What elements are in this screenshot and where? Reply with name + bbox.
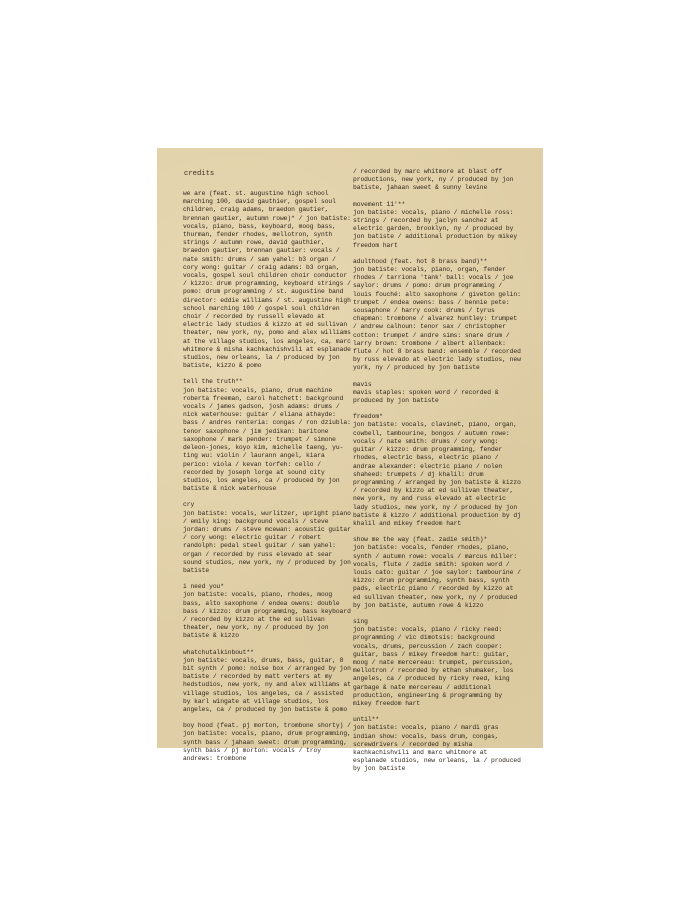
left-column: we are (feat. st. augustine high school … (183, 190, 351, 771)
track-title: cry (183, 501, 351, 509)
right-column: / recorded by marc whitmore at blast off… (353, 168, 521, 782)
credit-entry: movement 11'** jon batiste: vocals, pian… (353, 201, 521, 250)
credits-sheet: credits we are (feat. st. augustine high… (157, 148, 543, 748)
track-title: sing (353, 618, 521, 626)
track-credits: jon batiste: vocals, piano, rhodes, moog… (183, 591, 351, 640)
track-title: tell the truth** (183, 378, 351, 386)
track-title: whatchutalkinbout** (183, 649, 351, 657)
credit-entry: until** jon batiste: vocals, piano / mar… (353, 716, 521, 773)
track-credits: jon batiste: vocals, wurlitzer, upright … (183, 510, 351, 576)
track-title: mavis (353, 381, 521, 389)
track-credits: jon batiste: vocals, piano / michelle ro… (353, 209, 521, 250)
track-credits: jon batiste: vocals, drums, bass, guitar… (183, 657, 351, 714)
credit-entry: show me the way (feat. zadie smith)* jon… (353, 536, 521, 610)
page-title: credits (184, 170, 214, 178)
track-credits: / recorded by marc whitmore at blast off… (353, 168, 521, 193)
track-credits: jon batiste: vocals, piano / mardi gras … (353, 724, 521, 773)
track-title: until** (353, 716, 521, 724)
track-title: freedom* (353, 413, 521, 421)
track-credits: jon batiste: vocals, piano, drum machine… (183, 387, 351, 494)
track-title: adulthood (feat. hot 8 brass band)** (353, 258, 521, 266)
credit-entry: sing jon batiste: vocals, piano / ricky … (353, 618, 521, 708)
credit-entry: i need you* jon batiste: vocals, piano, … (183, 583, 351, 640)
credit-entry: boy hood (feat. pj morton, trombone shor… (183, 722, 351, 763)
track-title: i need you* (183, 583, 351, 591)
credit-entry: we are (feat. st. augustine high school … (183, 190, 351, 370)
track-credits: jon batiste: vocals, piano / ricky reed:… (353, 626, 521, 708)
credit-entry: freedom* jon batiste: vocals, clavinet, … (353, 413, 521, 528)
track-credits: jon batiste: vocals, piano, organ, fende… (353, 266, 521, 373)
credit-entry: / recorded by marc whitmore at blast off… (353, 168, 521, 193)
track-credits: mavis staples: spoken word / recorded & … (353, 389, 521, 405)
track-title: movement 11'** (353, 201, 521, 209)
track-title: show me the way (feat. zadie smith)* (353, 536, 521, 544)
track-credits: boy hood (feat. pj morton, trombone shor… (183, 722, 351, 763)
credit-entry: tell the truth** jon batiste: vocals, pi… (183, 378, 351, 493)
credit-entry: cry jon batiste: vocals, wurlitzer, upri… (183, 501, 351, 575)
credit-entry: mavis mavis staples: spoken word / recor… (353, 381, 521, 406)
track-credits: jon batiste: vocals, clavinet, piano, or… (353, 421, 521, 528)
credit-entry: whatchutalkinbout** jon batiste: vocals,… (183, 649, 351, 715)
track-credits: jon batiste: vocals, fender rhodes, pian… (353, 544, 521, 610)
credit-entry: adulthood (feat. hot 8 brass band)** jon… (353, 258, 521, 373)
track-credits: we are (feat. st. augustine high school … (183, 190, 351, 370)
